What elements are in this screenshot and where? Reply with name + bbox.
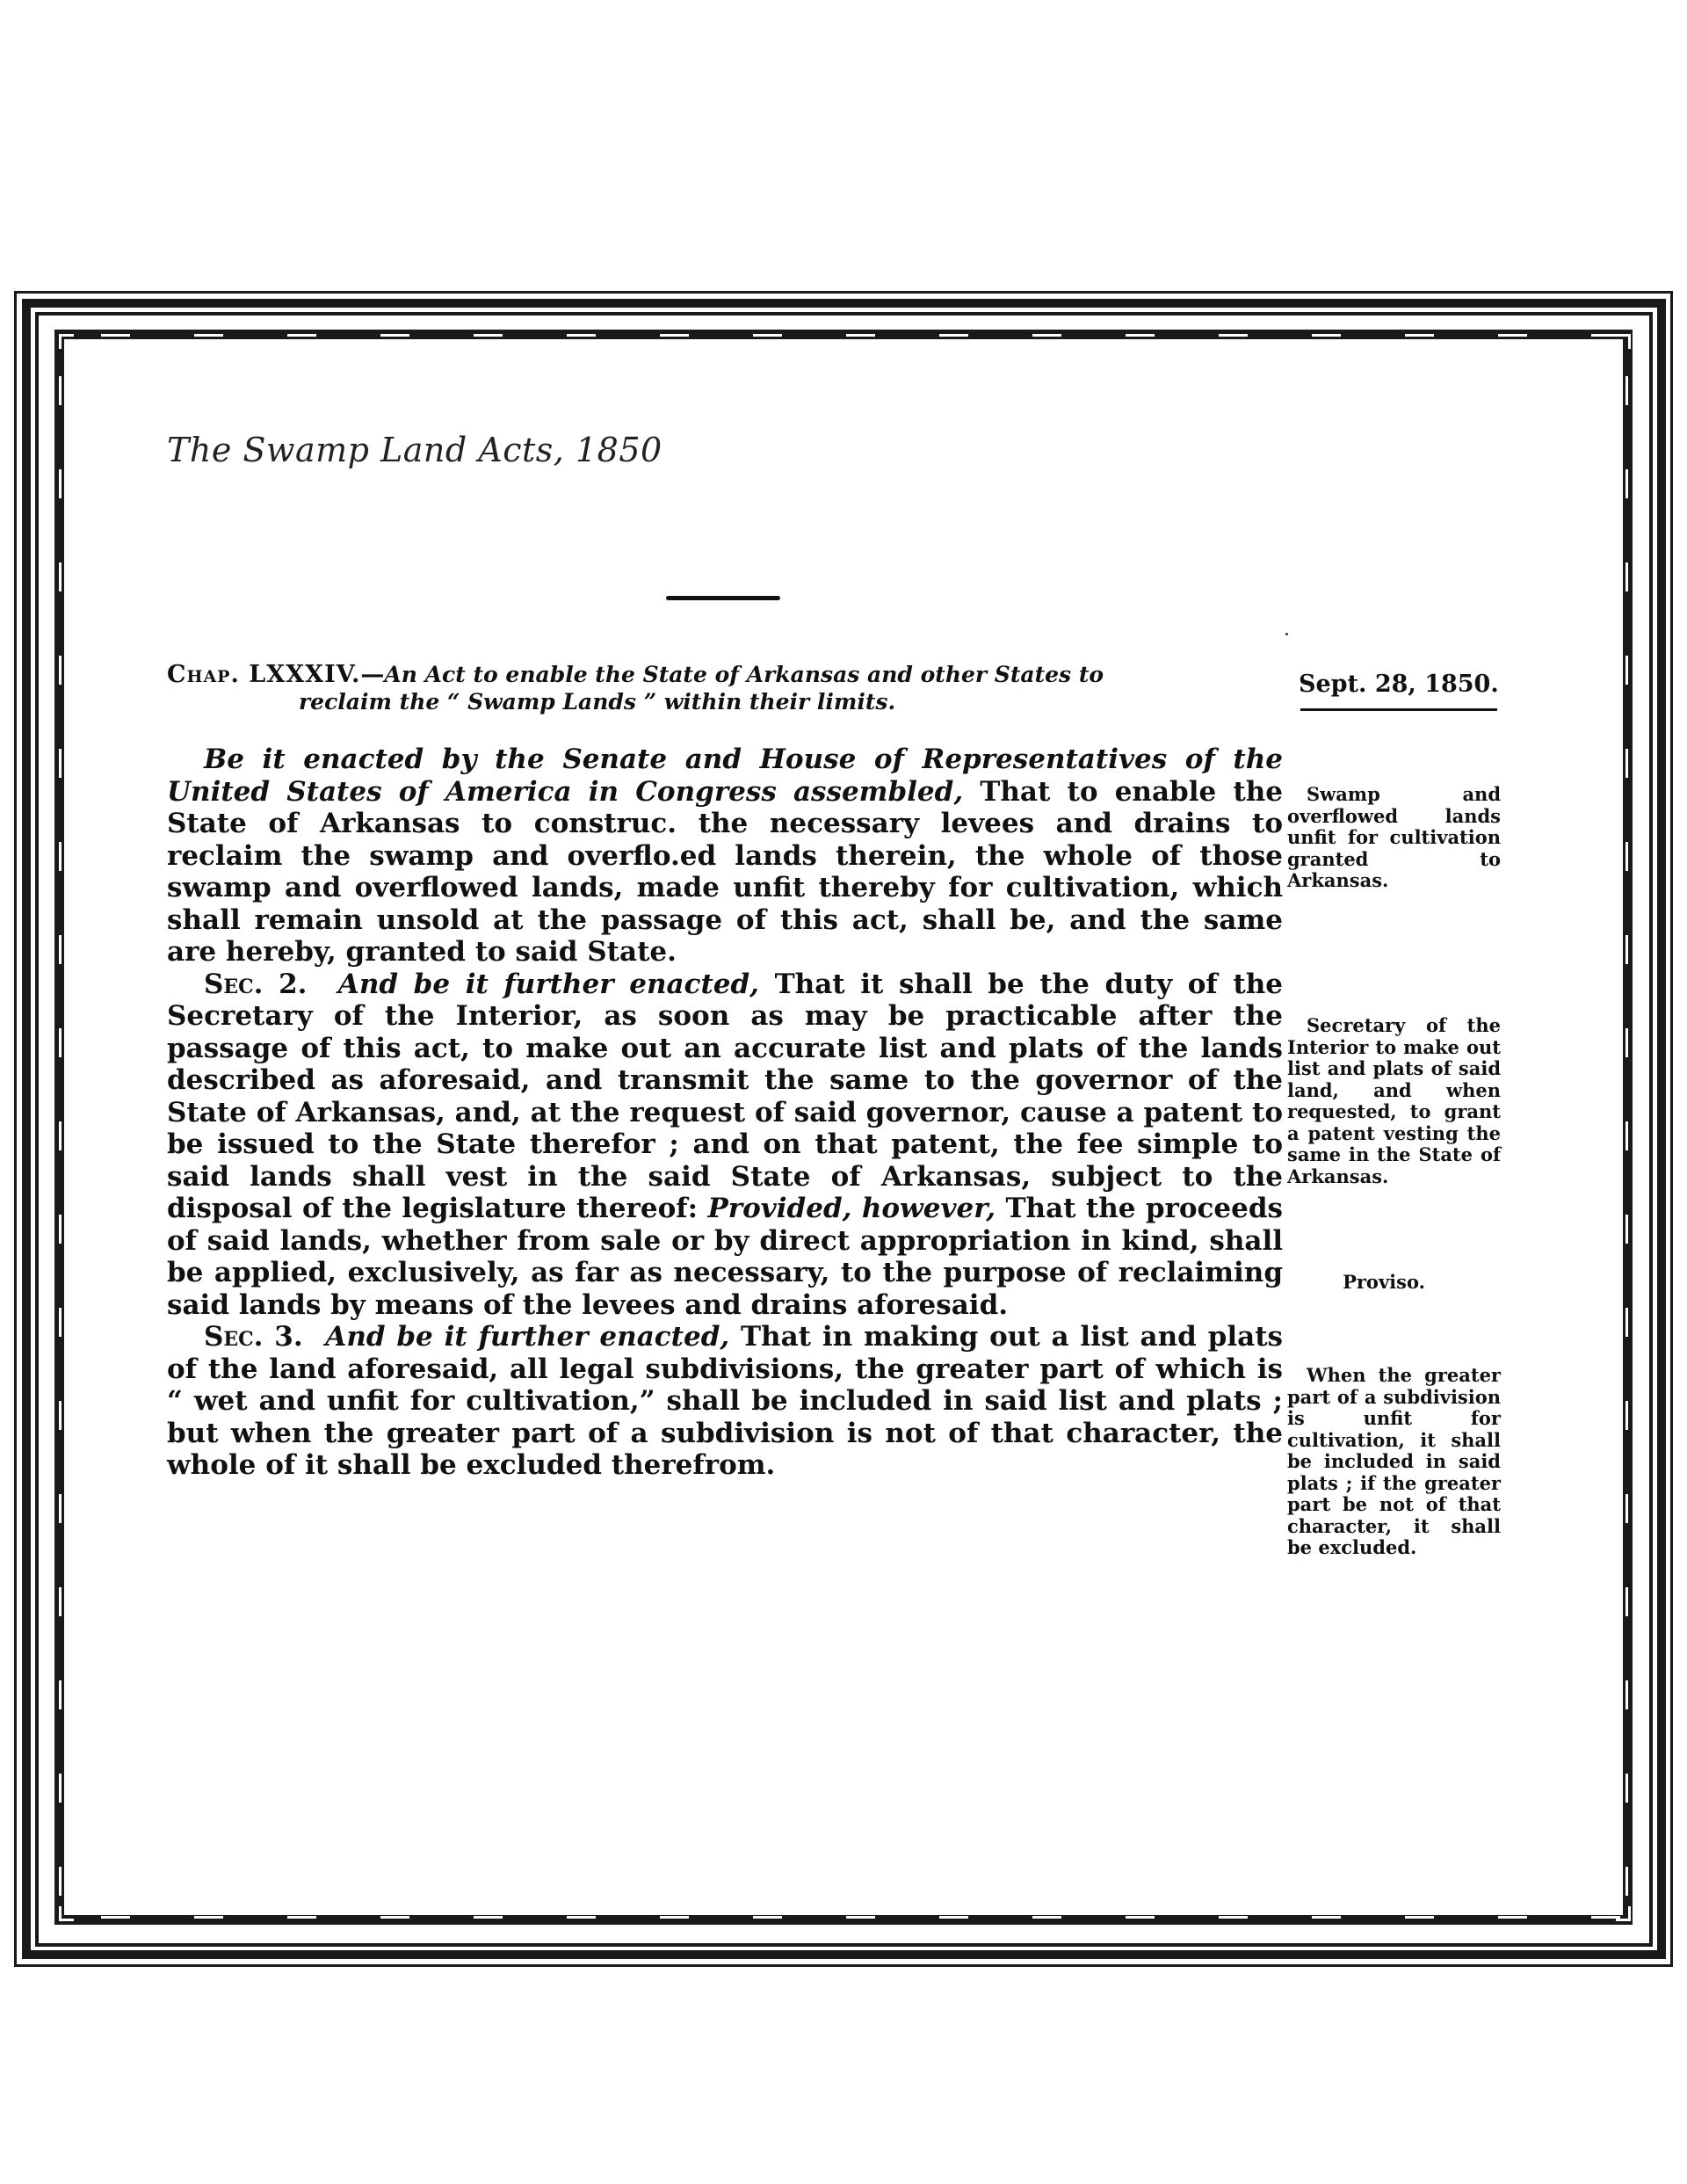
section-rule bbox=[666, 596, 780, 600]
dashed-border-left bbox=[59, 339, 62, 1915]
border-corner-ornament bbox=[1616, 1906, 1631, 1921]
margin-note-text: When the greater part of a subdivision i… bbox=[1287, 1364, 1501, 1558]
section-2-text: That it shall be the duty of the Secreta… bbox=[167, 969, 1283, 1225]
dashed-border-right bbox=[1625, 339, 1628, 1915]
margin-note-text: Swamp and overflowed lands unfit for cul… bbox=[1287, 783, 1501, 891]
section-2-label: Sec. 2. bbox=[204, 969, 307, 1000]
margin-note: Swamp and overflowed lands unfit for cul… bbox=[1287, 784, 1501, 892]
section-1: Be it enacted by the Senate and House of… bbox=[167, 744, 1283, 969]
enactment-date: Sept. 28, 1850. bbox=[1299, 671, 1499, 698]
chapter-title-line2: reclaim the “ Swamp Lands ” within their… bbox=[167, 688, 1283, 715]
act-body: Be it enacted by the Senate and House of… bbox=[167, 744, 1283, 1482]
print-speck bbox=[1285, 633, 1288, 635]
section-3-lead: And be it further enacted, bbox=[325, 1321, 729, 1353]
chapter-title-line1: An Act to enable the State of Arkansas a… bbox=[384, 662, 1104, 687]
border-corner-ornament bbox=[1616, 334, 1631, 349]
margin-note: Secretary of the Interior to make out li… bbox=[1287, 1015, 1501, 1187]
margin-note-text: Proviso. bbox=[1343, 1271, 1425, 1293]
margin-note-proviso: Proviso. bbox=[1287, 1272, 1481, 1294]
section-3: Sec. 3. And be it further enacted, That … bbox=[167, 1321, 1283, 1482]
chapter-heading: Chap. LXXXIV.—An Act to enable the State… bbox=[167, 661, 1283, 715]
margin-note: When the greater part of a subdivision i… bbox=[1287, 1365, 1501, 1559]
date-underline bbox=[1300, 708, 1497, 711]
border-corner-ornament bbox=[59, 334, 74, 349]
chapter-dash: — bbox=[360, 661, 384, 688]
dashed-border-bottom bbox=[64, 1916, 1623, 1919]
running-title: The Swamp Land Acts, 1850 bbox=[167, 431, 662, 469]
margin-note-text: Secretary of the Interior to make out li… bbox=[1287, 1014, 1501, 1187]
chapter-label: Chap. LXXXIV. bbox=[167, 661, 360, 688]
proviso-clause: Provided, however, bbox=[707, 1193, 996, 1224]
section-2-lead: And be it further enacted, bbox=[338, 969, 759, 1000]
section-2: Sec. 2. And be it further enacted, That … bbox=[167, 969, 1283, 1322]
section-3-label: Sec. 3. bbox=[204, 1321, 303, 1353]
dashed-border-top bbox=[64, 334, 1623, 337]
border-corner-ornament bbox=[59, 1906, 74, 1921]
